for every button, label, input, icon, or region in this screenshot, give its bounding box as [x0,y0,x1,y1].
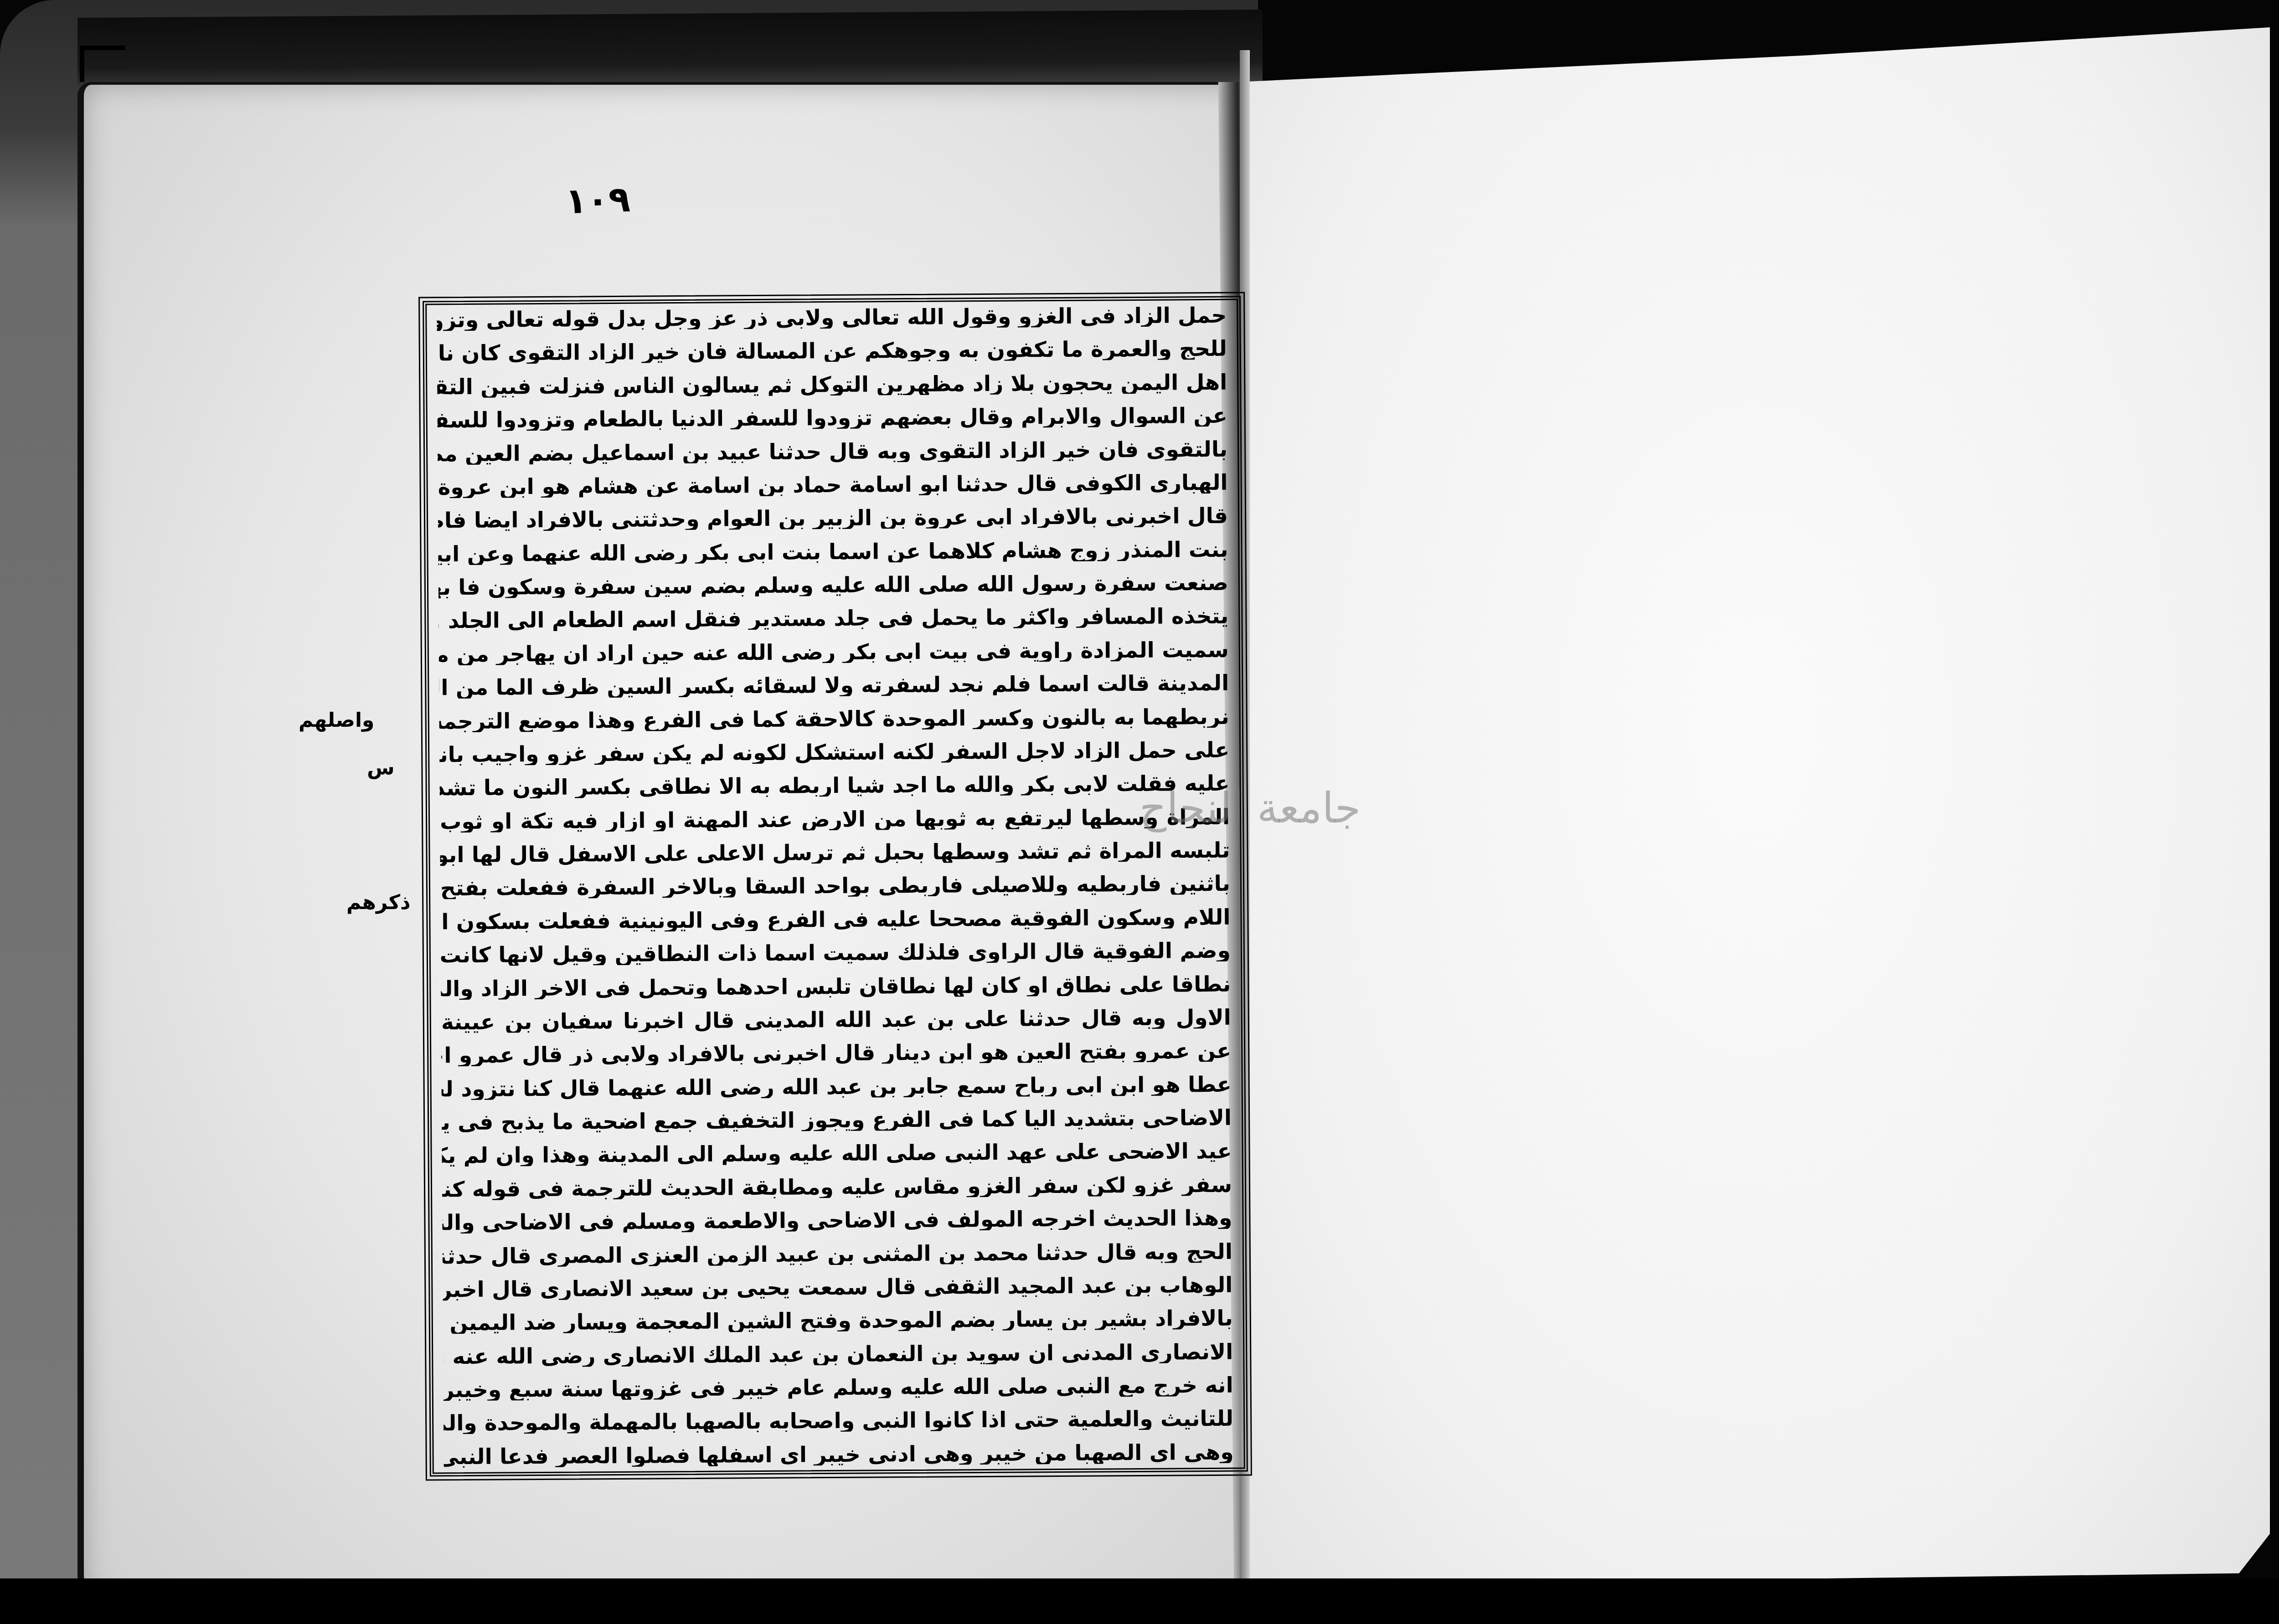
text-line: صنعت سفرة رسول الله صلى الله عليه وسلم ب… [438,572,1228,599]
text-line: للحج والعمرة ما تكفون به وجوهكم عن المسا… [437,338,1227,365]
margin-note: س [367,756,395,780]
text-line: اللام وسكون الفوقية مصححا عليه في الفرع … [440,906,1230,933]
text-line: عن عمرو بفتح العين هو ابن دينار قال اخبر… [441,1040,1231,1067]
text-line: على حمل الزاد لاجل السفر لكنه استشكل لكو… [439,740,1229,766]
text-line: باثنين فاربطيه وللاصيلي فاربطي بواحد الس… [440,873,1230,899]
text-line: سميت المزادة راوية في بيت ابي بكر رضي ال… [439,639,1229,665]
margin-note: ذكرهم [346,891,411,914]
margin-note: واصلهم [299,709,374,732]
text-line: الهباري الكوفي قال حدثنا ابو اسامة حماد … [438,472,1227,499]
text-line: انه خرج مع النبي صلى الله عليه وسلم عام … [443,1375,1233,1401]
text-line: نطاقا على نطاق او كان لها نطاقان تلبس اح… [441,973,1231,1000]
text-line: يتخذه المسافر واكثر ما يحمل في جلد مستدي… [438,606,1228,632]
text-line: عن السوال والابرام وقال بعضهم تزودوا للس… [438,405,1227,432]
text-line: الاضاحي بتشديد اليا كما في الفرع ويجوز ا… [442,1107,1232,1134]
bottom-shadow-band [0,1578,2279,1624]
text-line: قال اخبرني بالافراد ابي عروة بن الزبير ب… [438,505,1228,532]
text-line: وهذا الحديث اخرجه المولف في الاضاحي والا… [442,1208,1232,1234]
text-line: الوهاب بن عبد المجيد الثقفي قال سمعت يحي… [443,1275,1232,1301]
page-number: ١٠٩ [564,179,631,222]
text-block-frame: حمل الزاد في الغزو وقول الله تعالي ولابي… [423,296,1248,1477]
text-line: بنت المنذر زوج هشام كلاهما عن اسما بنت ا… [438,539,1228,565]
text-line: بالتقوى فان خير الزاد التقوى وبه قال حدث… [438,438,1227,465]
text-line: وضم الفوقية قال الراوي فلذلك سميت اسما ذ… [441,940,1231,966]
text-line: عليه فقلت لابي بكر والله ما اجد شيا اربط… [440,773,1230,799]
text-line: عيد الاضحى على عهد النبي صلى الله عليه و… [442,1141,1232,1167]
text-line: للتانيث والعلمية حتى اذا كانوا النبي واص… [443,1408,1233,1434]
text-line: سفر غزو لكن سفر الغزو مقاس عليه ومطابقة … [442,1174,1232,1200]
text-line: نربطهما به بالنون وكسر الموحدة كالاحقة ك… [439,706,1229,732]
text-line: بالافراد بشير بن يسار بضم الموحدة وفتح ا… [443,1308,1233,1334]
text-line: الانصاري المدني ان سويد بن النعمان بن عب… [443,1341,1233,1367]
text-line: عطا هو ابن ابي رباح سمع جابر بن عبد الله… [442,1074,1232,1100]
manuscript-page-right-blank [1240,27,2270,1586]
scanner-corner-mark [80,46,125,82]
text-line: تلبسه المراة ثم تشد وسطها بحبل ثم ترسل ا… [440,840,1230,866]
text-block: حمل الزاد في الغزو وقول الله تعالي ولابي… [437,305,1233,1468]
text-line: الحج وبه قال حدثنا محمد بن المثنى بن عبي… [443,1241,1232,1267]
text-line: حمل الزاد في الغزو وقول الله تعالي ولابي… [437,305,1227,331]
text-line: الاول وبه قال حدثنا علي بن عبد الله المد… [441,1007,1231,1033]
text-line: اهل اليمن يحجون بلا زاد مظهرين التوكل ثم… [437,371,1227,398]
top-shadow-band [77,10,1263,91]
text-line: المراة وسطها ليرتفع به ثوبها من الارض عن… [440,806,1230,833]
text-line: المدينة قالت اسما فلم نجد لسفرته ولا لسق… [439,673,1229,699]
text-line: وهي اي الصهبا من خيبر وهي ادنى خيبر اي ا… [443,1441,1233,1468]
